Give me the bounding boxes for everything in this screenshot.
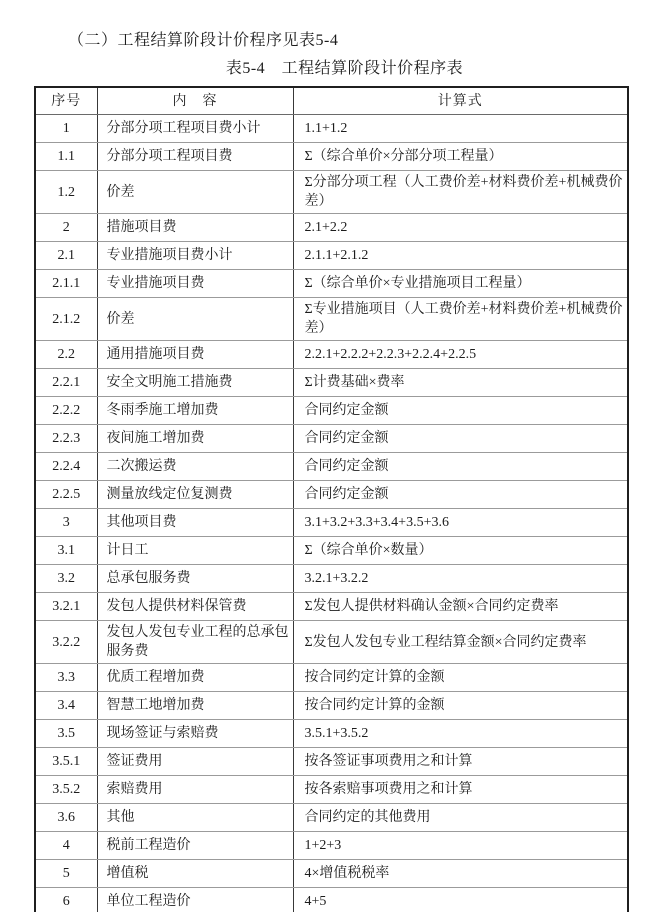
row-content-cell: 分部分项工程项目费小计 bbox=[97, 115, 293, 143]
row-content-cell: 二次搬运费 bbox=[97, 453, 293, 481]
row-formula-cell: Σ专业措施项目（人工费价差+材料费价差+机械费价差） bbox=[293, 298, 628, 341]
row-number-cell: 3.4 bbox=[35, 692, 97, 720]
row-number-cell: 3 bbox=[35, 509, 97, 537]
row-formula-cell: 3.1+3.2+3.3+3.4+3.5+3.6 bbox=[293, 509, 628, 537]
row-number-cell: 3.5.2 bbox=[35, 776, 97, 804]
table-row: 3.6 其他 合同约定的其他费用 bbox=[35, 804, 628, 832]
row-number-cell: 3.2.1 bbox=[35, 593, 97, 621]
row-formula-cell: 3.2.1+3.2.2 bbox=[293, 565, 628, 593]
row-content-cell: 税前工程造价 bbox=[97, 832, 293, 860]
table-row: 2.1.1 专业措施项目费 Σ（综合单价×专业措施项目工程量） bbox=[35, 270, 628, 298]
row-formula-cell: 2.2.1+2.2.2+2.2.3+2.2.4+2.2.5 bbox=[293, 341, 628, 369]
row-number-cell: 2.2.3 bbox=[35, 425, 97, 453]
table-row: 2 措施项目费 2.1+2.2 bbox=[35, 214, 628, 242]
row-formula-cell: 按合同约定计算的金额 bbox=[293, 664, 628, 692]
row-formula-cell: 1.1+1.2 bbox=[293, 115, 628, 143]
table-row: 3.5.1 签证费用 按各签证事项费用之和计算 bbox=[35, 748, 628, 776]
row-number-cell: 2.2.2 bbox=[35, 397, 97, 425]
row-content-cell: 专业措施项目费小计 bbox=[97, 242, 293, 270]
table-body: 1 分部分项工程项目费小计 1.1+1.2 1.1 分部分项工程项目费 Σ（综合… bbox=[35, 115, 628, 912]
row-number-cell: 2.2 bbox=[35, 341, 97, 369]
table-row: 2.1.2 价差 Σ专业措施项目（人工费价差+材料费价差+机械费价差） bbox=[35, 298, 628, 341]
row-formula-cell: 合同约定金额 bbox=[293, 453, 628, 481]
row-formula-cell: Σ计费基础×费率 bbox=[293, 369, 628, 397]
row-formula-cell: 按各签证事项费用之和计算 bbox=[293, 748, 628, 776]
row-content-cell: 增值税 bbox=[97, 860, 293, 888]
column-header-formula: 计算式 bbox=[293, 87, 628, 115]
row-content-cell: 测量放线定位复测费 bbox=[97, 481, 293, 509]
row-number-cell: 1.2 bbox=[35, 171, 97, 214]
column-header-content: 内 容 bbox=[97, 87, 293, 115]
row-number-cell: 2.2.4 bbox=[35, 453, 97, 481]
row-number-cell: 4 bbox=[35, 832, 97, 860]
row-formula-cell: 4+5 bbox=[293, 888, 628, 912]
row-number-cell: 2.2.5 bbox=[35, 481, 97, 509]
row-content-cell: 通用措施项目费 bbox=[97, 341, 293, 369]
row-content-cell: 分部分项工程项目费 bbox=[97, 143, 293, 171]
row-formula-cell: 3.5.1+3.5.2 bbox=[293, 720, 628, 748]
table-row: 3.2.1 发包人提供材料保管费 Σ发包人提供材料确认金额×合同约定费率 bbox=[35, 593, 628, 621]
table-row: 2.1 专业措施项目费小计 2.1.1+2.1.2 bbox=[35, 242, 628, 270]
table-row: 2.2.4 二次搬运费 合同约定金额 bbox=[35, 453, 628, 481]
table-row: 1 分部分项工程项目费小计 1.1+1.2 bbox=[35, 115, 628, 143]
row-content-cell: 价差 bbox=[97, 171, 293, 214]
table-caption: 表5-4 工程结算阶段计价程序表 bbox=[34, 58, 627, 80]
row-number-cell: 2.1.2 bbox=[35, 298, 97, 341]
row-content-cell: 索赔费用 bbox=[97, 776, 293, 804]
table-row: 3.4 智慧工地增加费 按合同约定计算的金额 bbox=[35, 692, 628, 720]
row-formula-cell: 合同约定金额 bbox=[293, 481, 628, 509]
row-content-cell: 夜间施工增加费 bbox=[97, 425, 293, 453]
table-header-row: 序号 内 容 计算式 bbox=[35, 87, 628, 115]
row-content-cell: 签证费用 bbox=[97, 748, 293, 776]
table-row: 2.2.3 夜间施工增加费 合同约定金额 bbox=[35, 425, 628, 453]
row-content-cell: 安全文明施工措施费 bbox=[97, 369, 293, 397]
row-formula-cell: Σ分部分项工程（人工费价差+材料费价差+机械费价差） bbox=[293, 171, 628, 214]
row-content-cell: 冬雨季施工增加费 bbox=[97, 397, 293, 425]
table-row: 6 单位工程造价 4+5 bbox=[35, 888, 628, 912]
row-formula-cell: 2.1.1+2.1.2 bbox=[293, 242, 628, 270]
row-formula-cell: 按合同约定计算的金额 bbox=[293, 692, 628, 720]
row-content-cell: 计日工 bbox=[97, 537, 293, 565]
row-content-cell: 优质工程增加费 bbox=[97, 664, 293, 692]
row-formula-cell: 1+2+3 bbox=[293, 832, 628, 860]
row-formula-cell: Σ（综合单价×专业措施项目工程量） bbox=[293, 270, 628, 298]
row-content-cell: 价差 bbox=[97, 298, 293, 341]
row-formula-cell: 4×增值税税率 bbox=[293, 860, 628, 888]
row-content-cell: 现场签证与索赔费 bbox=[97, 720, 293, 748]
row-number-cell: 3.3 bbox=[35, 664, 97, 692]
row-content-cell: 发包人发包专业工程的总承包服务费 bbox=[97, 621, 293, 664]
row-formula-cell: 按各索赔事项费用之和计算 bbox=[293, 776, 628, 804]
row-number-cell: 3.5 bbox=[35, 720, 97, 748]
row-content-cell: 其他项目费 bbox=[97, 509, 293, 537]
row-number-cell: 2.1 bbox=[35, 242, 97, 270]
row-number-cell: 2 bbox=[35, 214, 97, 242]
table-row: 3.1 计日工 Σ（综合单价×数量） bbox=[35, 537, 628, 565]
table-row: 3.2.2 发包人发包专业工程的总承包服务费 Σ发包人发包专业工程结算金额×合同… bbox=[35, 621, 628, 664]
table-row: 3 其他项目费 3.1+3.2+3.3+3.4+3.5+3.6 bbox=[35, 509, 628, 537]
table-row: 3.5.2 索赔费用 按各索赔事项费用之和计算 bbox=[35, 776, 628, 804]
row-number-cell: 2.1.1 bbox=[35, 270, 97, 298]
row-number-cell: 3.2.2 bbox=[35, 621, 97, 664]
row-number-cell: 3.6 bbox=[35, 804, 97, 832]
row-content-cell: 其他 bbox=[97, 804, 293, 832]
row-content-cell: 措施项目费 bbox=[97, 214, 293, 242]
row-content-cell: 发包人提供材料保管费 bbox=[97, 593, 293, 621]
table-row: 2.2 通用措施项目费 2.2.1+2.2.2+2.2.3+2.2.4+2.2.… bbox=[35, 341, 628, 369]
row-formula-cell: 2.1+2.2 bbox=[293, 214, 628, 242]
table-row: 1.2 价差 Σ分部分项工程（人工费价差+材料费价差+机械费价差） bbox=[35, 171, 628, 214]
table-row: 5 增值税 4×增值税税率 bbox=[35, 860, 628, 888]
row-number-cell: 2.2.1 bbox=[35, 369, 97, 397]
row-content-cell: 单位工程造价 bbox=[97, 888, 293, 912]
table-row: 2.2.5 测量放线定位复测费 合同约定金额 bbox=[35, 481, 628, 509]
row-content-cell: 智慧工地增加费 bbox=[97, 692, 293, 720]
section-heading: （二）工程结算阶段计价程序见表5-4 bbox=[68, 30, 660, 52]
row-number-cell: 1.1 bbox=[35, 143, 97, 171]
table-row: 2.2.2 冬雨季施工增加费 合同约定金额 bbox=[35, 397, 628, 425]
table-row: 1.1 分部分项工程项目费 Σ（综合单价×分部分项工程量） bbox=[35, 143, 628, 171]
table-row: 3.2 总承包服务费 3.2.1+3.2.2 bbox=[35, 565, 628, 593]
table-row: 3.5 现场签证与索赔费 3.5.1+3.5.2 bbox=[35, 720, 628, 748]
row-number-cell: 3.1 bbox=[35, 537, 97, 565]
table-row: 2.2.1 安全文明施工措施费 Σ计费基础×费率 bbox=[35, 369, 628, 397]
row-formula-cell: 合同约定金额 bbox=[293, 397, 628, 425]
row-number-cell: 5 bbox=[35, 860, 97, 888]
row-number-cell: 1 bbox=[35, 115, 97, 143]
row-number-cell: 3.5.1 bbox=[35, 748, 97, 776]
row-formula-cell: Σ（综合单价×分部分项工程量） bbox=[293, 143, 628, 171]
column-header-no: 序号 bbox=[35, 87, 97, 115]
row-content-cell: 总承包服务费 bbox=[97, 565, 293, 593]
pricing-procedure-table: 序号 内 容 计算式 1 分部分项工程项目费小计 1.1+1.2 1.1 分部分… bbox=[34, 86, 629, 912]
row-formula-cell: Σ发包人发包专业工程结算金额×合同约定费率 bbox=[293, 621, 628, 664]
row-number-cell: 3.2 bbox=[35, 565, 97, 593]
table-row: 3.3 优质工程增加费 按合同约定计算的金额 bbox=[35, 664, 628, 692]
row-formula-cell: 合同约定金额 bbox=[293, 425, 628, 453]
row-number-cell: 6 bbox=[35, 888, 97, 912]
row-formula-cell: 合同约定的其他费用 bbox=[293, 804, 628, 832]
row-content-cell: 专业措施项目费 bbox=[97, 270, 293, 298]
row-formula-cell: Σ（综合单价×数量） bbox=[293, 537, 628, 565]
table-row: 4 税前工程造价 1+2+3 bbox=[35, 832, 628, 860]
row-formula-cell: Σ发包人提供材料确认金额×合同约定费率 bbox=[293, 593, 628, 621]
